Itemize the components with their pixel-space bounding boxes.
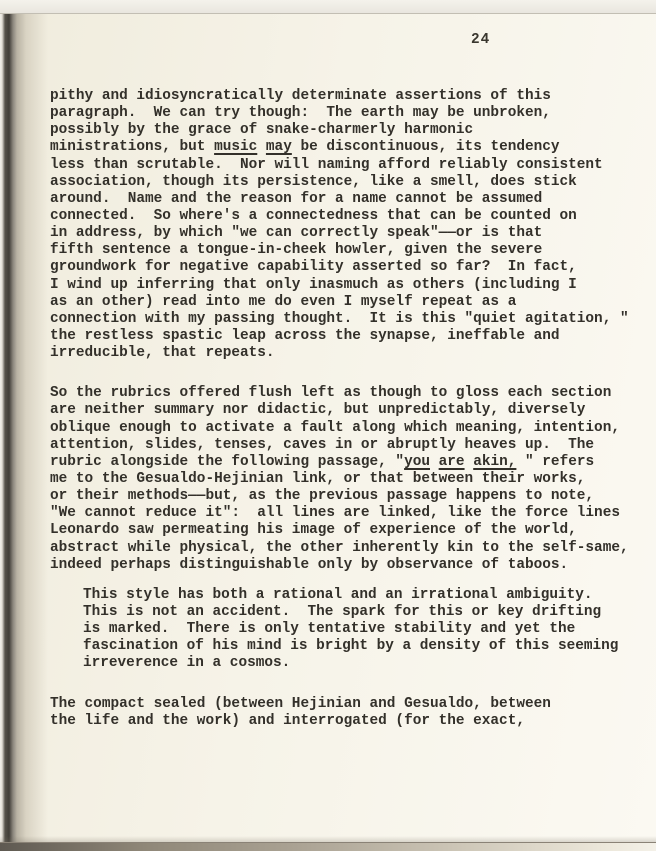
text-line: connected. So where's a connectedness th… [50,208,635,225]
text-line: paragraph. We can try though: The earth … [50,105,635,122]
text-line: or their methods——but, as the previous p… [50,488,635,505]
text-line: This style has both a rational and an ir… [83,587,635,604]
page-bottom-edge [0,842,656,851]
binding-shadow [0,14,48,843]
paragraph: pithy and idiosyncratically determinate … [50,88,635,362]
text-line: abstract while physical, the other inher… [50,540,635,557]
text-line: "We cannot reduce it": all lines are lin… [50,505,635,522]
text-line: ministrations, but music may be disconti… [50,139,635,156]
paragraph: So the rubrics offered flush left as tho… [50,385,635,574]
text-line: rubric alongside the following passage, … [50,454,635,471]
text-line: the restless spastic leap across the syn… [50,328,635,345]
text-line: are neither summary nor didactic, but un… [50,402,635,419]
text-line: me to the Gesualdo-Hejinian link, or tha… [50,471,635,488]
text-line: irreverence in a cosmos. [83,655,635,672]
text-line: in address, by which "we can correctly s… [50,225,635,242]
text-line: is marked. There is only tentative stabi… [83,621,635,638]
text-block: pithy and idiosyncratically determinate … [50,88,635,730]
text-line: This is not an accident. The spark for t… [83,604,635,621]
text-line: Leonardo saw permeating his image of exp… [50,522,635,539]
text-line: The compact sealed (between Hejinian and… [50,696,635,713]
text-line: I wind up inferring that only inasmuch a… [50,277,635,294]
page-number: 24 [471,32,490,48]
text-line: oblique enough to activate a fault along… [50,420,635,437]
text-line: attention, slides, tenses, caves in or a… [50,437,635,454]
text-line: fifth sentence a tongue-in-cheek howler,… [50,242,635,259]
text-line: irreducible, that repeats. [50,345,635,362]
text-line: So the rubrics offered flush left as tho… [50,385,635,402]
block-quote: This style has both a rational and an ir… [50,587,635,673]
text-line: groundwork for negative capability asser… [50,259,635,276]
text-line: pithy and idiosyncratically determinate … [50,88,635,105]
text-line: connection with my passing thought. It i… [50,311,635,328]
text-line: fascination of his mind is bright by a d… [83,638,635,655]
text-line: the life and the work) and interrogated … [50,713,635,730]
text-line: association, though its persistence, lik… [50,174,635,191]
scan-top-edge [0,0,656,14]
text-line: as an other) read into me do even I myse… [50,294,635,311]
text-line: less than scrutable. Nor will naming aff… [50,157,635,174]
text-line: indeed perhaps distinguishable only by o… [50,557,635,574]
paragraph: The compact sealed (between Hejinian and… [50,696,635,730]
scanned-book-page: 24 pithy and idiosyncratically determina… [0,0,656,851]
text-line: around. Name and the reason for a name c… [50,191,635,208]
text-line: possibly by the grace of snake-charmerly… [50,122,635,139]
